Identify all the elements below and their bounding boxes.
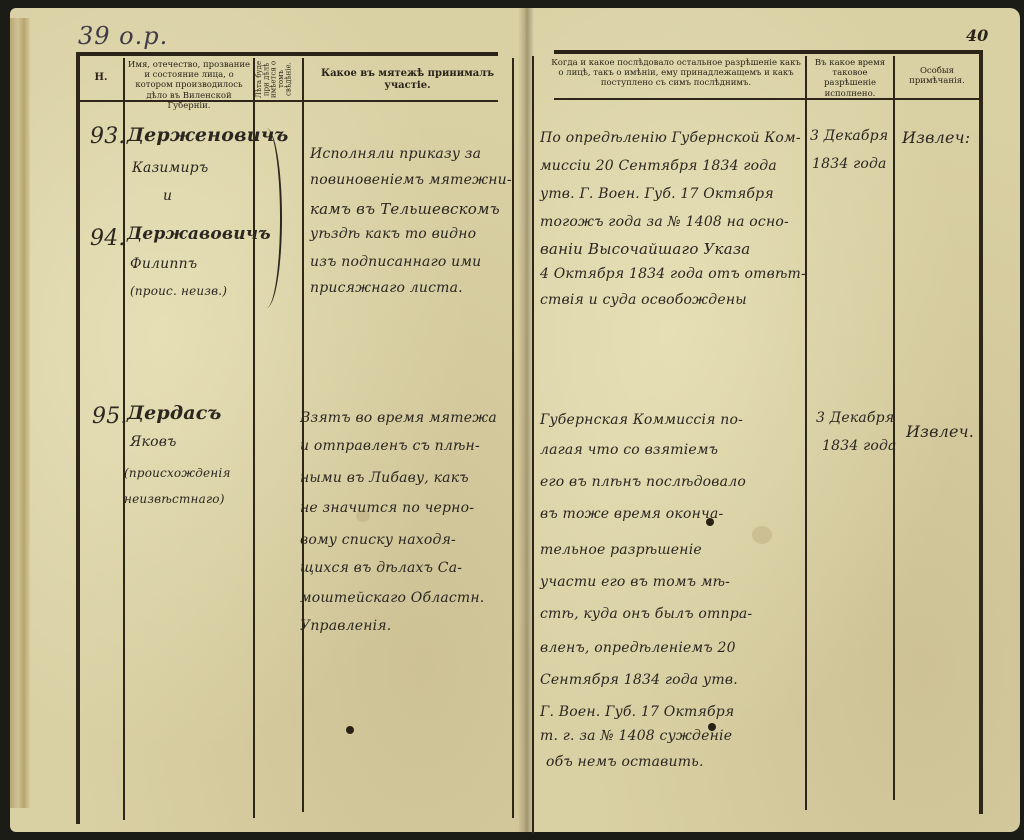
entry-93-notes: Извлеч:: [902, 128, 970, 147]
entry-95-executed-line-1: 3 Декабря: [816, 410, 894, 426]
right-col-divider-0: [532, 56, 534, 834]
header-number: Н.: [80, 72, 122, 84]
entry-95-resolution-line-10: Г. Воен. Губ. 17 Октября: [540, 704, 734, 720]
right-table-border: [979, 50, 983, 814]
right-header-bottom-rule: [554, 98, 980, 100]
entry-95-resolution-line-9: Сентября 1834 года утв.: [540, 672, 738, 688]
header-name: Имя, отечество, прозвание и состояние ли…: [126, 60, 252, 111]
entry-94-surname: Державовичъ: [127, 224, 271, 244]
entry-95-status: (происхожденія неизвѣстнаго): [124, 460, 254, 512]
right-col-divider-2: [893, 56, 895, 800]
entry-95-resolution-line-12: объ немъ оставить.: [546, 754, 704, 770]
entry-93-given-name: Казимиръ: [132, 160, 208, 176]
entry-95-resolution-line-4: въ тоже время окончa-: [540, 506, 723, 522]
entry-93-resolution-line-3: утв. Г. Воен. Губ. 17 Октября: [540, 186, 774, 202]
header-participation: Какое въ мятежѣ принималъ участіе.: [305, 68, 510, 92]
entry-93-participation-line-3: камъ въ Тельшевскомъ: [310, 200, 500, 218]
entry-93-resolution-line-5: ваніи Высочайшаго Указа: [540, 240, 750, 258]
entry-95-participation-line-1: Взятъ во время мятежа: [300, 410, 497, 426]
left-folio-number: 39 о.р.: [78, 22, 168, 50]
paper-hole: [346, 726, 354, 734]
left-table-top-rule: [78, 52, 498, 56]
entry-number-94: 94.: [90, 226, 126, 251]
entry-95-resolution-line-1: Губернская Коммиссія по-: [540, 412, 743, 428]
entry-95-notes: Извлеч.: [906, 422, 974, 441]
paper-stain: [752, 526, 772, 544]
right-col-divider-1: [805, 56, 807, 810]
paper-hole: [706, 518, 714, 526]
entry-93-participation-line-6: присяжнаго листа.: [310, 280, 463, 296]
entry-94-given-name: Филиппъ: [130, 256, 197, 272]
entry-95-resolution-line-6: участи его въ томъ мѣ-: [540, 574, 730, 590]
left-col-divider-1: [123, 58, 125, 820]
entry-95-participation-line-2: и отправленъ съ плѣн-: [300, 438, 480, 454]
entry-93-resolution-line-7: ствія и суда освобождены: [540, 292, 747, 308]
entry-95-executed-line-2: 1834 года: [822, 438, 897, 454]
book-spread: 39 о.р. 40 Н. Имя, отечество, прозвание …: [0, 0, 1024, 840]
entry-93-executed-line-1: 3 Декабря: [810, 128, 888, 144]
left-col-divider-4: [512, 58, 514, 818]
entry-95-resolution-line-11: т. г. за № 1408 сужденіе: [540, 728, 732, 744]
left-table-border: [76, 52, 80, 824]
entry-number-95: 95.: [92, 404, 128, 429]
entry-93-executed-line-2: 1834 года: [812, 156, 887, 172]
entry-95-resolution-line-8: вленъ, опредѣленіемъ 20: [540, 640, 736, 656]
entry-93-participation-line-5: изъ подписаннаго ими: [310, 254, 481, 270]
entry-95-resolution-line-2: лагая что со взятіемъ: [540, 442, 718, 458]
entry-95-resolution-line-7: стѣ, куда онъ былъ отпра-: [540, 606, 752, 622]
entry-95-participation-line-7: моштейскаго Областн.: [300, 590, 484, 606]
entry-number-93: 93.: [90, 124, 126, 149]
entry-95-surname: Дердасъ: [127, 402, 222, 424]
header-presence: Лѣта буде при дѣлѣ имѣется о томъ свѣдѣн…: [256, 58, 300, 100]
left-col-divider-2: [253, 58, 255, 818]
entry-95-participation-line-4: не значится по черно-: [300, 500, 474, 516]
entry-93-resolution-line-6: 4 Октября 1834 года отъ отвѣт-: [540, 266, 806, 282]
entry-93-participation-line-4: уѣздѣ какъ то видно: [310, 226, 476, 242]
entry-93-resolution-line-4: тогожъ года за № 1408 на осно-: [540, 214, 789, 230]
entry-93-resolution-line-2: миссіи 20 Сентября 1834 года: [540, 158, 777, 174]
header-resolution: Когда и какое послѣдовало остальное разр…: [548, 58, 804, 89]
paper-hole: [708, 723, 716, 731]
entry-95-resolution-line-3: его въ плѣнъ послѣдовало: [540, 474, 746, 490]
header-notes: Особыя примѣчанія.: [896, 66, 978, 86]
entry-94-status: (проис. неизв.): [130, 284, 227, 298]
entry-95-participation-line-8: Управленія.: [300, 618, 391, 634]
paper-stain: [356, 510, 370, 522]
entry-93-participation-line-2: повиновеніемъ мятежни-: [310, 172, 512, 188]
right-table-top-rule: [554, 50, 980, 54]
entry-95-resolution-line-5: тельное разрѣшеніе: [540, 542, 702, 558]
entry-93-participation-line-1: Исполняли приказу за: [310, 146, 481, 162]
entry-95-participation-line-6: щихся въ дѣлахъ Са-: [300, 560, 462, 576]
right-folio-number: 40: [966, 26, 988, 45]
entry-93-resolution-line-1: По опредѣленію Губернской Ком-: [540, 130, 801, 146]
left-col-divider-3: [302, 58, 304, 812]
entry-95-participation-line-5: вому списку находя-: [300, 532, 456, 548]
entry-95-participation-line-3: ными въ Либаву, какъ: [300, 470, 469, 486]
header-executed: Въ какое время таковое разрѣшеніе исполн…: [808, 58, 892, 99]
entry-95-given-name: Яковъ: [130, 434, 177, 450]
entry-93-94-joiner: и: [163, 188, 172, 204]
